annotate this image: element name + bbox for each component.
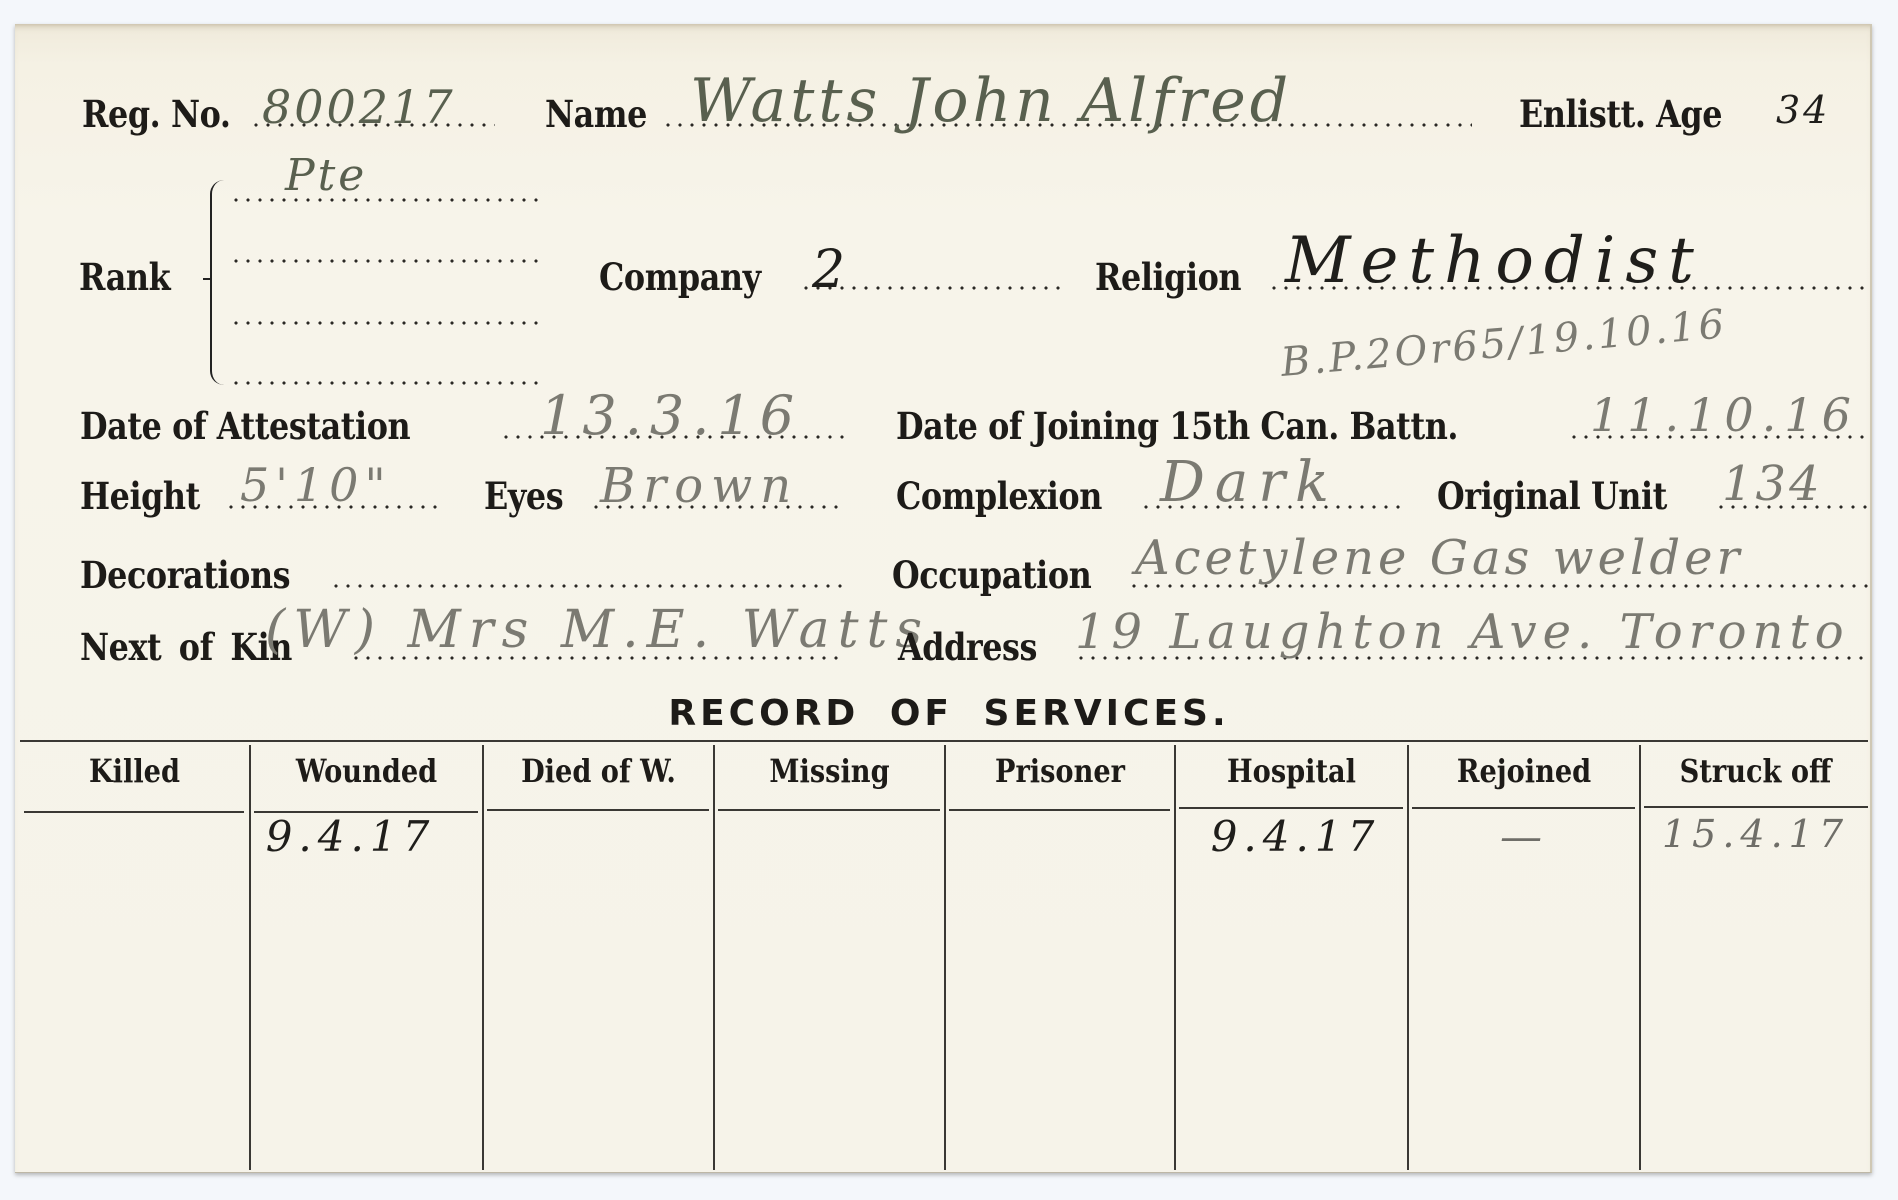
column-divider xyxy=(713,745,715,1170)
next-of-kin-value: (W) Mrs M.E. Watts xyxy=(265,600,930,660)
height-label: Height xyxy=(80,474,200,518)
col-killed: Killed xyxy=(37,752,232,796)
enlist-age-value: 34 xyxy=(1776,88,1830,132)
complexion-label: Complexion xyxy=(896,474,1102,518)
original-unit-label: Original Unit xyxy=(1437,474,1667,518)
rank-line-3 xyxy=(230,320,540,326)
date-of-attestation-value: 13.3.16 xyxy=(540,384,802,447)
address-label: Address xyxy=(898,625,1037,669)
rank-value: Pte xyxy=(285,150,367,201)
rank-label: Rank xyxy=(79,255,170,299)
header-rule-hospital xyxy=(1179,807,1403,809)
cell-struck-off: 15.4.17 xyxy=(1641,812,1870,856)
company-value: 2 xyxy=(812,240,848,300)
cell-hospital: 9.4.17 xyxy=(1180,812,1411,861)
col-died-of-wounds: Died of W. xyxy=(501,752,696,796)
record-of-services-title: RECORD OF SERVICES. xyxy=(0,693,1898,734)
decorations-label: Decorations xyxy=(80,553,290,597)
table-top-rule xyxy=(20,740,1868,742)
column-divider xyxy=(1174,745,1176,1170)
header-rule-struck-off xyxy=(1644,806,1868,808)
date-of-joining-value: 11.10.16 xyxy=(1590,388,1859,442)
eyes-label: Eyes xyxy=(484,474,563,518)
eyes-value: Brown xyxy=(600,458,799,514)
rank-brace xyxy=(210,180,226,385)
col-missing: Missing xyxy=(732,752,927,796)
rank-line-1 xyxy=(230,197,540,203)
reg-no-label: Reg. No. xyxy=(82,92,230,136)
col-wounded: Wounded xyxy=(268,752,464,796)
religion-value: Methodist xyxy=(1285,224,1704,298)
date-of-joining-label: Date of Joining 15th Can. Battn. xyxy=(896,404,1458,448)
header-rule-rejoined xyxy=(1412,807,1635,809)
col-prisoner: Prisoner xyxy=(963,752,1157,796)
column-divider xyxy=(1639,745,1641,1170)
name-value: Watts John Alfred xyxy=(690,66,1292,136)
column-divider xyxy=(482,745,484,1170)
name-label: Name xyxy=(545,92,647,136)
original-unit-value: 134 xyxy=(1722,456,1823,512)
column-divider xyxy=(1407,745,1409,1170)
col-rejoined: Rejoined xyxy=(1426,752,1622,796)
occupation-label: Occupation xyxy=(892,553,1091,597)
rank-line-4 xyxy=(230,380,540,386)
next-of-kin-label: Next of Kin xyxy=(80,625,292,669)
column-divider xyxy=(944,745,946,1170)
complexion-value: Dark xyxy=(1160,450,1339,515)
cell-rejoined: — xyxy=(1409,812,1639,861)
reg-no-value: 800217 xyxy=(262,80,456,134)
enlist-age-label: Enlistt. Age xyxy=(1519,92,1722,136)
rank-brace-tip xyxy=(203,278,212,280)
decorations-line xyxy=(330,583,845,589)
column-divider xyxy=(249,745,251,1170)
header-rule-missing xyxy=(718,809,940,811)
col-struck-off: Struck off xyxy=(1658,752,1853,796)
col-hospital: Hospital xyxy=(1193,752,1389,796)
height-value: 5'10" xyxy=(240,458,392,512)
address-value: 19 Laughton Ave. Toronto xyxy=(1075,604,1850,660)
religion-label: Religion xyxy=(1095,255,1241,299)
company-label: Company xyxy=(599,255,761,299)
date-of-attestation-label: Date of Attestation xyxy=(80,404,410,448)
cell-wounded: 9.4.17 xyxy=(235,812,466,861)
occupation-value: Acetylene Gas welder xyxy=(1135,530,1743,586)
header-rule-prisoner xyxy=(949,809,1170,811)
header-rule-killed xyxy=(24,811,244,813)
rank-line-2 xyxy=(230,258,540,264)
header-rule-died xyxy=(487,809,709,811)
